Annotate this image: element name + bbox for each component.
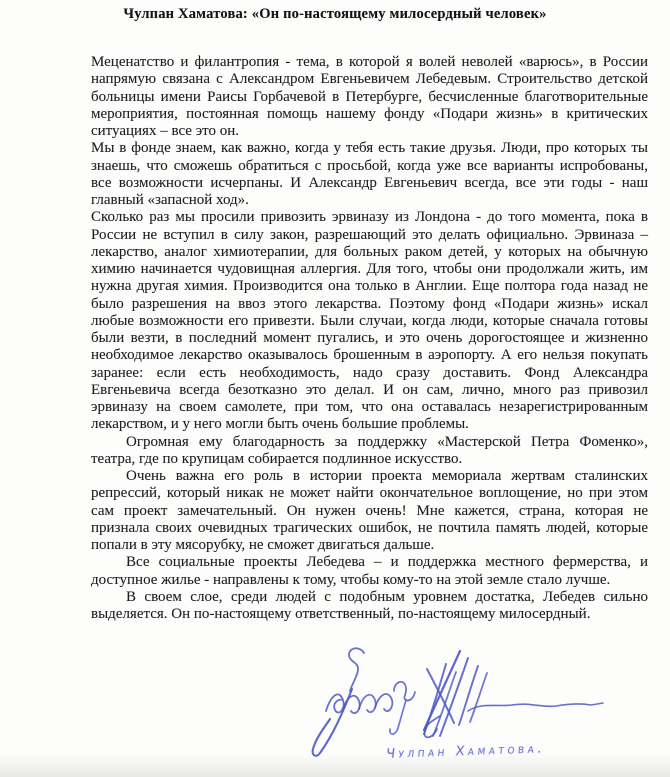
paragraph-1: Меценатство и филантропия - тема, в кото… xyxy=(91,54,648,140)
letter-page: Чулпан Хаматова: «Он по-настоящему милос… xyxy=(0,0,670,777)
letter-body: Меценатство и филантропия - тема, в кото… xyxy=(91,54,648,623)
signature-block: Чулпан Хаматова. xyxy=(290,644,630,777)
paragraph-4: Огромная ему благодарность за поддержку … xyxy=(91,434,648,469)
paragraph-6: Все социальные проекты Лебедева – и подд… xyxy=(91,554,648,589)
paragraph-3: Сколько раз мы просили привозить эрвиназ… xyxy=(91,209,648,433)
paragraph-5: Очень важна его роль в истории проекта м… xyxy=(91,468,648,554)
paragraph-2: Мы в фонде знаем, как важно, когда у теб… xyxy=(91,140,648,209)
paragraph-7: В своем слое, среди людей с подобным уро… xyxy=(91,589,648,624)
letter-title: Чулпан Хаматова: «Он по-настоящему милос… xyxy=(0,6,670,23)
